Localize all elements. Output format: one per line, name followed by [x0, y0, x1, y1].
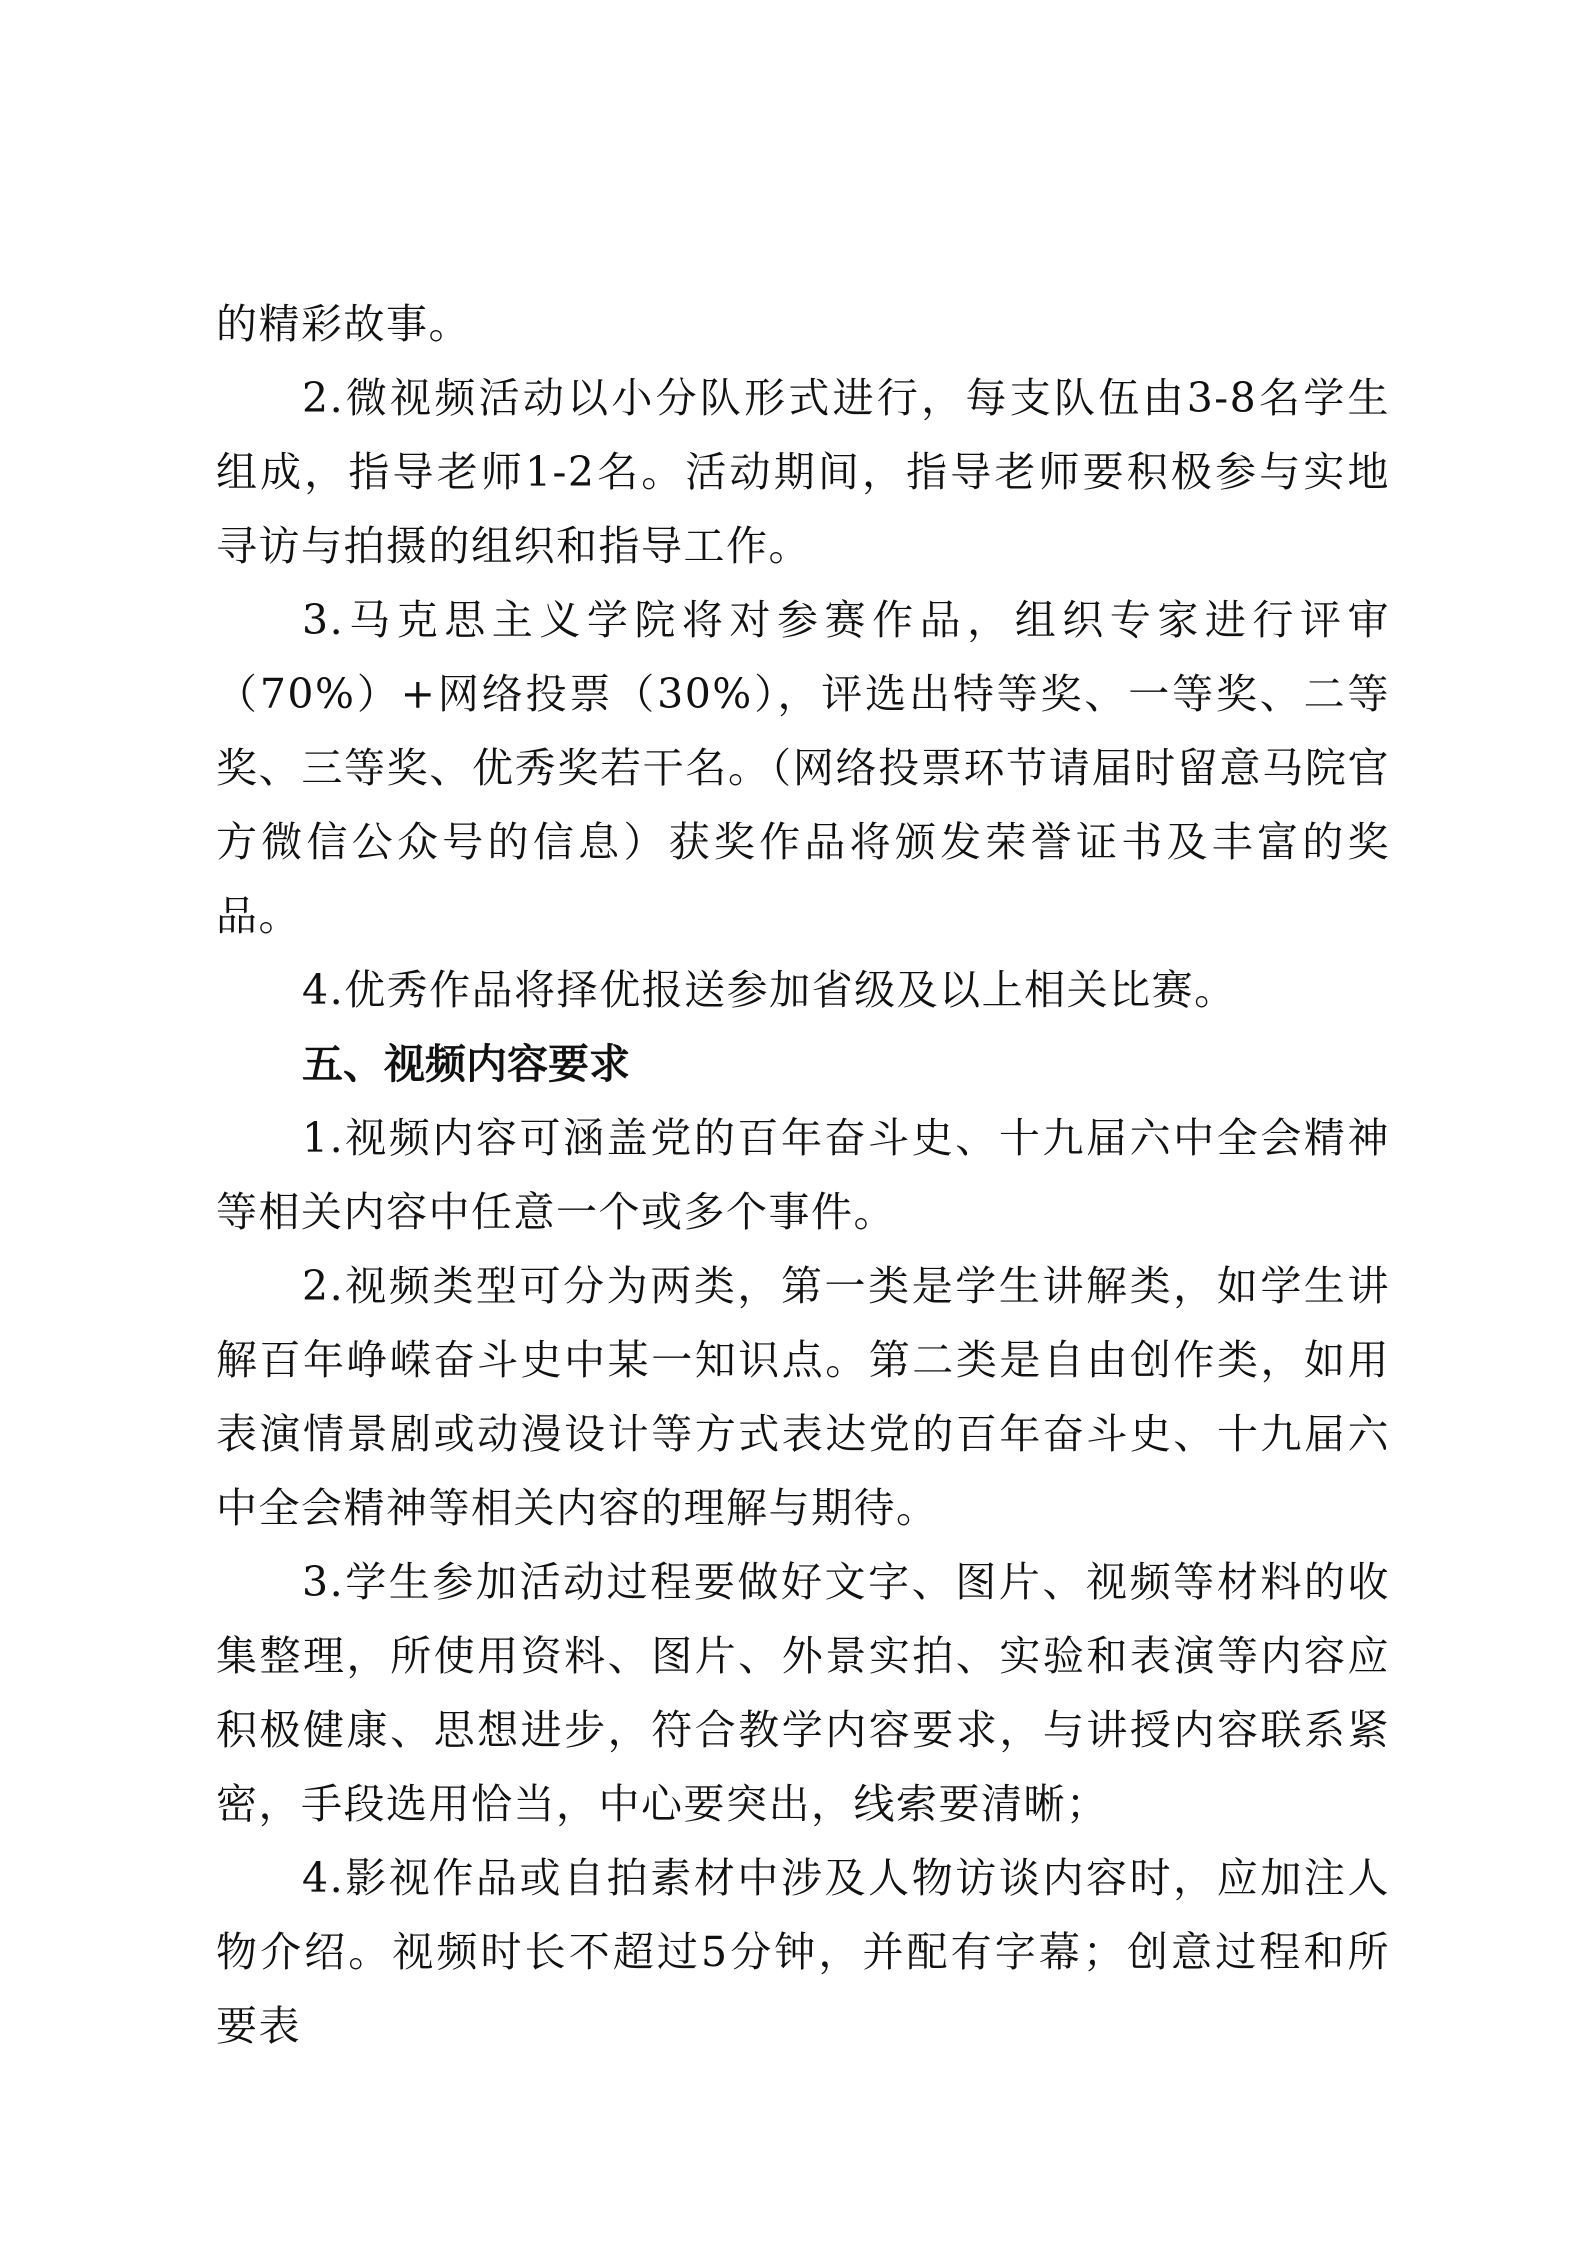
paragraph-continuation: 的精彩故事。	[216, 287, 1390, 361]
paragraph-interview-and-duration: 4.影视作品或自拍素材中涉及人物访谈内容时，应加注人物介绍。视频时长不超过5分钟…	[216, 1841, 1390, 2063]
paragraph-item-4-recommendation: 4.优秀作品将择优报送参加省级及以上相关比赛。	[216, 953, 1390, 1027]
paragraph-material-collection: 3.学生参加活动过程要做好文字、图片、视频等材料的收集整理，所使用资料、图片、外…	[216, 1545, 1390, 1841]
paragraph-content-scope: 1.视频内容可涵盖党的百年奋斗史、十九届六中全会精神等相关内容中任意一个或多个事…	[216, 1101, 1390, 1249]
document-page: 的精彩故事。 2.微视频活动以小分队形式进行，每支队伍由3-8名学生组成，指导老…	[216, 287, 1390, 2063]
paragraph-video-types: 2.视频类型可分为两类，第一类是学生讲解类，如学生讲解百年峥嵘奋斗史中某一知识点…	[216, 1249, 1390, 1545]
paragraph-item-3-judging: 3.马克思主义学院将对参赛作品，组织专家进行评审（70%）+网络投票（30%），…	[216, 583, 1390, 953]
paragraph-item-2-team-format: 2.微视频活动以小分队形式进行，每支队伍由3-8名学生组成，指导老师1-2名。活…	[216, 361, 1390, 583]
section-heading-video-content-requirements: 五、视频内容要求	[216, 1027, 1390, 1101]
